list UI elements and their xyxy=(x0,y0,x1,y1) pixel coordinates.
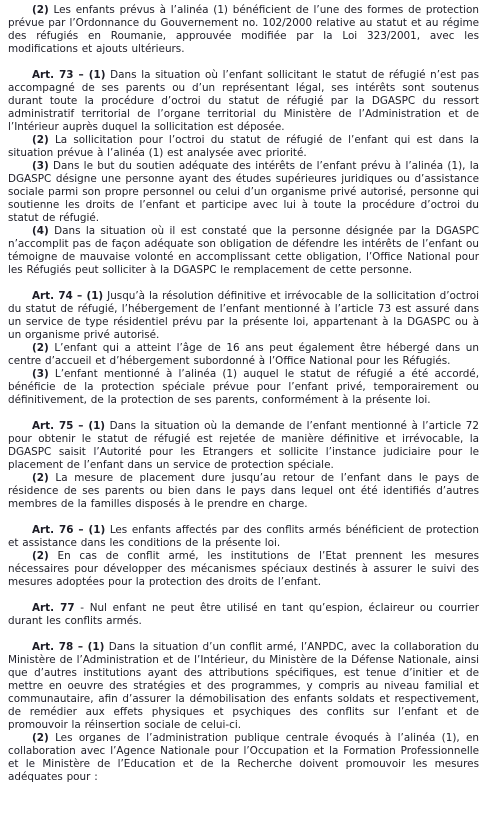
paragraph-lead: (2) xyxy=(32,134,49,146)
paragraph: (3) L’enfant mentionné à l’alinéa (1) au… xyxy=(8,368,479,407)
paragraph-lead: (2) xyxy=(32,550,49,562)
paragraph: (2) La mesure de placement dure jusqu’au… xyxy=(8,472,479,511)
paragraph-text: - Nul enfant ne peut être utilisé en tan… xyxy=(8,602,479,627)
paragraph: (4) Dans la situation où il est constaté… xyxy=(8,225,479,277)
paragraph-lead: (3) xyxy=(32,368,49,380)
paragraph-lead: (3) xyxy=(32,160,49,172)
paragraph-lead: Art. 75 – (1) xyxy=(32,420,105,432)
paragraph: Art. 73 – (1) Dans la situation où l’enf… xyxy=(8,69,479,134)
paragraph-text: La mesure de placement dure jusqu’au ret… xyxy=(8,472,479,510)
paragraph-text: L’enfant qui a atteint l’âge de 16 ans p… xyxy=(8,342,479,367)
paragraph: Art. 78 – (1) Dans la situation d’un con… xyxy=(8,641,479,732)
paragraph: Art. 76 – (1) Les enfants affectés par d… xyxy=(8,524,479,550)
paragraph-text: En cas de conflit armé, les institutions… xyxy=(8,550,479,588)
paragraph-lead: Art. 74 – (1) xyxy=(32,290,103,302)
paragraph: (2) L’enfant qui a atteint l’âge de 16 a… xyxy=(8,342,479,368)
paragraph: (2) La sollicitation pour l’octroi du st… xyxy=(8,134,479,160)
paragraph-lead: (2) xyxy=(32,472,49,484)
paragraph: (2) Les organes de l’administration publ… xyxy=(8,732,479,784)
paragraph-lead: Art. 78 – (1) xyxy=(32,641,104,653)
paragraph-lead: (2) xyxy=(32,732,49,744)
paragraph: Art. 75 – (1) Dans la situation où la de… xyxy=(8,420,479,472)
paragraph-text: La sollicitation pour l’octroi du statut… xyxy=(8,134,479,159)
paragraph-text: L’enfant mentionné à l’alinéa (1) auquel… xyxy=(8,368,479,406)
paragraph-text: Dans le but du soutien adéquate des inté… xyxy=(8,160,479,224)
paragraph-lead: (2) xyxy=(32,342,49,354)
paragraph-list: (2) Les enfants prévus à l’alinéa (1) bé… xyxy=(8,4,479,784)
paragraph-lead: Art. 77 xyxy=(32,602,75,614)
paragraph-text: Les enfants prévus à l’alinéa (1) bénéfi… xyxy=(8,4,479,55)
paragraph: (2) En cas de conflit armé, les institut… xyxy=(8,550,479,589)
paragraph-lead: (4) xyxy=(32,225,49,237)
paragraph-text: Dans la situation où il est constaté que… xyxy=(8,225,479,276)
paragraph-lead: (2) xyxy=(32,4,49,16)
paragraph: Art. 77 - Nul enfant ne peut être utilis… xyxy=(8,602,479,628)
paragraph-lead: Art. 73 – (1) xyxy=(32,69,105,81)
paragraph: (3) Dans le but du soutien adéquate des … xyxy=(8,160,479,225)
paragraph-text: Les organes de l’administration publique… xyxy=(8,732,479,783)
paragraph: (2) Les enfants prévus à l’alinéa (1) bé… xyxy=(8,4,479,56)
paragraph: Art. 74 – (1) Jusqu’à la résolution défi… xyxy=(8,290,479,342)
paragraph-text: Dans la situation d’un conflit armé, l’A… xyxy=(8,641,479,731)
document-page: (2) Les enfants prévus à l’alinéa (1) bé… xyxy=(0,0,487,824)
paragraph-lead: Art. 76 – (1) xyxy=(32,524,105,536)
